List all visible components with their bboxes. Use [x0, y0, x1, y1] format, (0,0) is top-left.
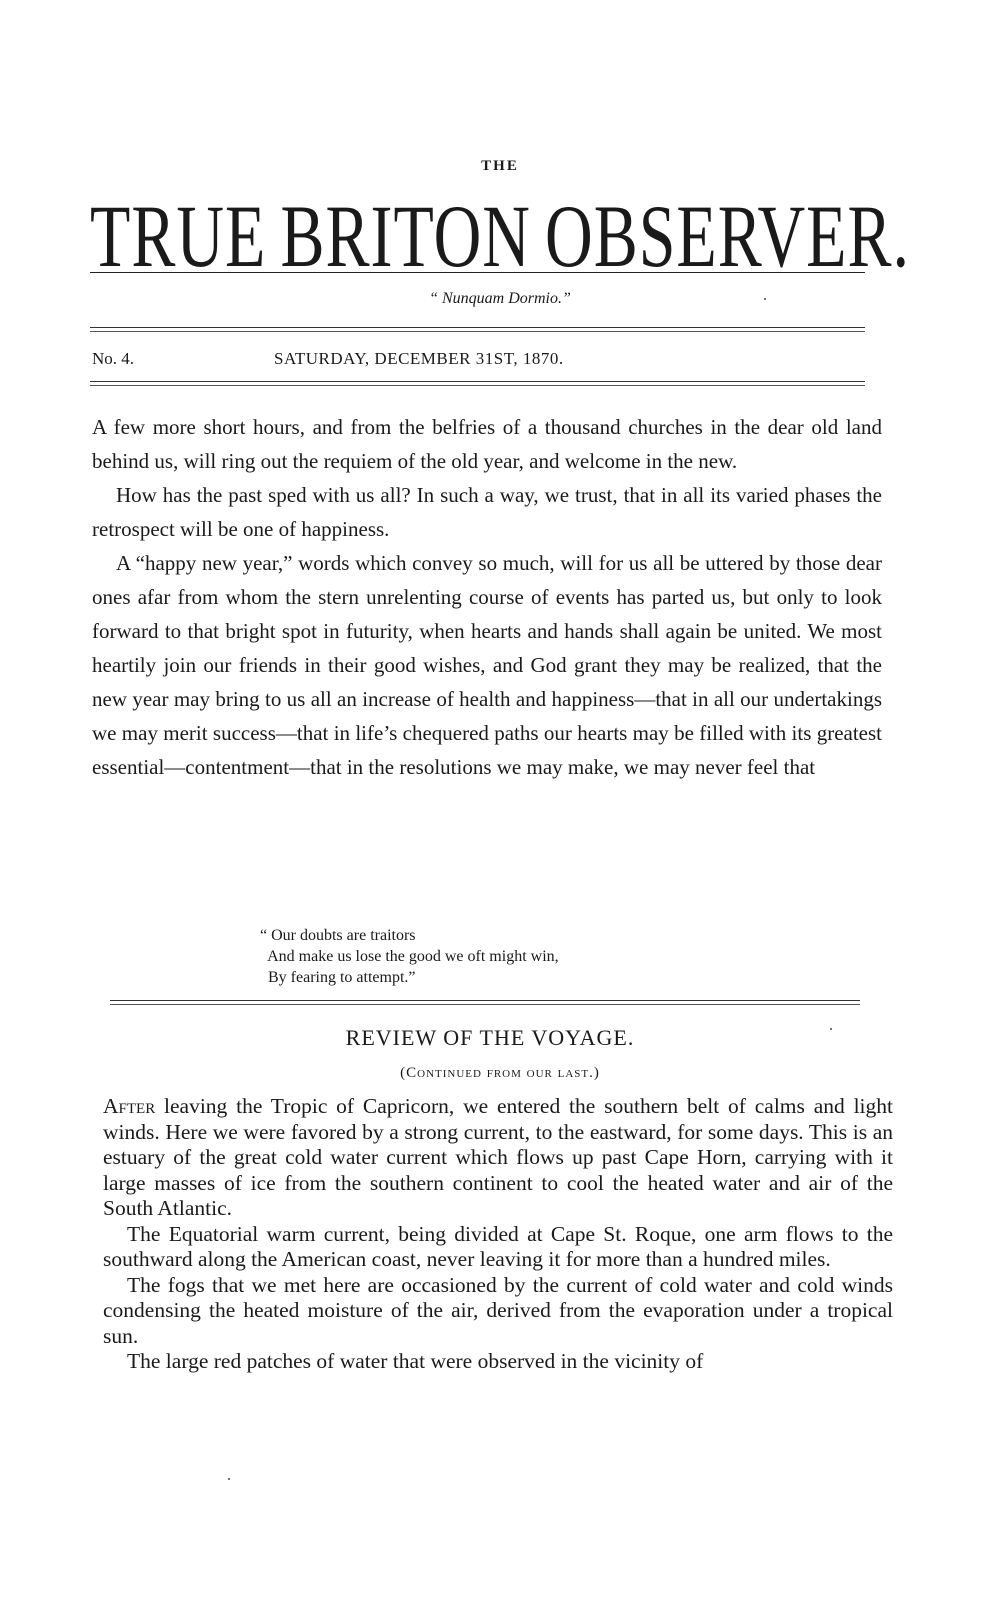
- paragraph: The fogs that we met here are occasioned…: [103, 1273, 893, 1350]
- print-speck: [764, 298, 766, 300]
- masthead-rule: [90, 272, 865, 273]
- paragraph: A few more short hours, and from the bel…: [92, 410, 882, 478]
- masthead-title: TRUE BRITON OBSERVER.: [90, 178, 910, 297]
- paragraph: The Equatorial warm current, being divid…: [103, 1222, 893, 1273]
- print-speck: [830, 1028, 832, 1030]
- masthead-word: BRITON: [280, 178, 530, 297]
- issue-date: SATURDAY, DECEMBER 31ST, 1870.: [274, 349, 564, 369]
- issue-number: No. 4.: [92, 349, 134, 369]
- verse-line: By fearing to attempt.”: [260, 967, 559, 988]
- paragraph: How has the past sped with us all? In su…: [92, 478, 882, 546]
- verse-quote: “ Our doubts are traitors And make us lo…: [260, 925, 559, 988]
- masthead-word: OBSERVER.: [545, 178, 910, 297]
- section-divider: [110, 1000, 860, 1005]
- paragraph: A “happy new year,” words which convey s…: [92, 546, 882, 784]
- article-body: After leaving the Tropic of Capricorn, w…: [103, 1094, 893, 1375]
- editorial: A few more short hours, and from the bel…: [92, 410, 882, 784]
- divider-double: [90, 327, 865, 332]
- verse-line: “ Our doubts are traitors: [260, 925, 559, 946]
- print-speck: [228, 1478, 230, 1480]
- masthead-word: TRUE: [90, 178, 266, 297]
- article-subtitle: (Continued from our last.): [0, 1065, 1000, 1082]
- masthead-the: THE: [0, 158, 1000, 175]
- paragraph: The large red patches of water that were…: [103, 1349, 893, 1375]
- article-title: REVIEW OF THE VOYAGE.: [0, 1025, 980, 1051]
- motto: “ Nunquam Dormio.”: [0, 290, 1000, 308]
- divider-double: [90, 381, 865, 386]
- lead-word: After: [103, 1094, 155, 1118]
- paragraph: After leaving the Tropic of Capricorn, w…: [103, 1094, 893, 1222]
- verse-line: And make us lose the good we oft might w…: [260, 946, 559, 967]
